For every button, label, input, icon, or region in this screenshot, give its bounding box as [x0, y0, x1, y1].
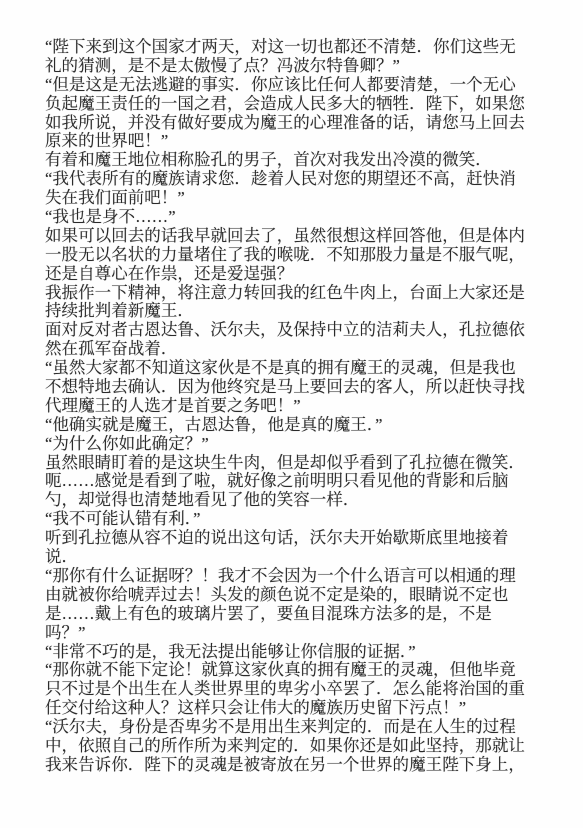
text-line: 是……戴上有色的玻璃片罢了，要鱼目混珠方法多的是，不是 — [45, 605, 545, 624]
scanned-page: “陛下来到这个国家才两天，对这一切也都还不清楚．你们这些无礼的猜测，是不是太傲慢… — [0, 0, 583, 828]
text-line: 不想特地去确认．因为他终究是马上要回去的客人，所以赶快寻找 — [45, 378, 545, 397]
text-line: “我代表所有的魔族请求您．趁着人民对您的期望还不高，赶快消 — [45, 170, 545, 189]
text-line: 负起魔王责任的一国之君，会造成人民多大的牺牲．陛下，如果您 — [45, 95, 545, 114]
text-line: “他确实就是魔王，古恩达鲁，他是真的魔王．” — [45, 416, 545, 435]
text-line: 有着和魔王地位相称脸孔的男子，首次对我发出冷漠的微笑． — [45, 151, 545, 170]
text-line: 一股无以名状的力量堵住了我的喉咙．不知那股力量是不服气呢， — [45, 246, 545, 265]
text-line: “那你有什么证据呀？！我才不会因为一个什么语言可以相通的理 — [45, 567, 545, 586]
text-line: 然在孤军奋战着． — [45, 340, 545, 359]
text-line: 虽然眼睛盯着的是这块生牛肉，但是却似乎看到了孔拉德在微笑． — [45, 454, 545, 473]
text-line: 如果可以回去的话我早就回去了，虽然很想这样回答他，但是体内 — [45, 227, 545, 246]
text-line: 呃……感觉是看到了啦，就好像之前明明只看见他的背影和后脑 — [45, 472, 545, 491]
text-line: 礼的猜测，是不是太傲慢了点？冯波尔特鲁卿？” — [45, 57, 545, 76]
text-line: “但是这是无法逃避的事实．你应该比任何人都要清楚，一个无心 — [45, 76, 545, 95]
text-line: “那你就不能下定论！就算这家伙真的拥有魔王的灵魂，但他毕竟 — [45, 661, 545, 680]
text-line: 持续批判着新魔王． — [45, 302, 545, 321]
text-line: 原来的世界吧！” — [45, 132, 545, 151]
text-block: “陛下来到这个国家才两天，对这一切也都还不清楚．你们这些无礼的猜测，是不是太傲慢… — [45, 38, 545, 775]
text-line: 任交付给这种人？这样只会让伟大的魔族历史留下污点！” — [45, 699, 545, 718]
text-line: 由就被你给唬弄过去！头发的颜色说不定是染的，眼睛说不定也 — [45, 586, 545, 605]
text-line: 勺，却觉得也清楚地看见了他的笑容一样． — [45, 491, 545, 510]
text-line: 吗？” — [45, 624, 545, 643]
text-line: “为什么你如此确定？” — [45, 435, 545, 454]
text-line: 听到孔拉德从容不迫的说出这句话，沃尔夫开始歇斯底里地接着 — [45, 529, 545, 548]
text-line: 只不过是个出生在人类世界里的卑劣小卒罢了．怎么能将治国的重 — [45, 680, 545, 699]
text-line: “虽然大家都不知道这家伙是不是真的拥有魔王的灵魂，但是我也 — [45, 359, 545, 378]
text-line: “陛下来到这个国家才两天，对这一切也都还不清楚．你们这些无 — [45, 38, 545, 57]
text-line: 面对反对者古恩达鲁、沃尔夫，及保持中立的洁莉夫人，孔拉德依 — [45, 321, 545, 340]
text-line: 代理魔王的人选才是首要之务吧！” — [45, 397, 545, 416]
text-line: 中，依照自己的所作所为来判定的．如果你还是如此坚持，那就让 — [45, 737, 545, 756]
text-line: “非常不巧的是，我无法提出能够让你信服的证据．” — [45, 643, 545, 662]
text-line: “我不可能认错有利．” — [45, 510, 545, 529]
text-line: 失在我们面前吧！” — [45, 189, 545, 208]
text-line: 如我所说，并没有做好要成为魔王的心理准备的话，请您马上回去 — [45, 114, 545, 133]
text-line: 还是自尊心在作祟，还是爱逞强？ — [45, 265, 545, 284]
text-line: 我来告诉你．陛下的灵魂是被寄放在另一个世界的魔王陛下身上， — [45, 756, 545, 775]
text-line: 说． — [45, 548, 545, 567]
text-line: “沃尔夫，身份是否卑劣不是用出生来判定的．而是在人生的过程 — [45, 718, 545, 737]
text-line: “我也是身不……” — [45, 208, 545, 227]
text-line: 我振作一下精神，将注意力转回我的红色牛肉上，台面上大家还是 — [45, 284, 545, 303]
